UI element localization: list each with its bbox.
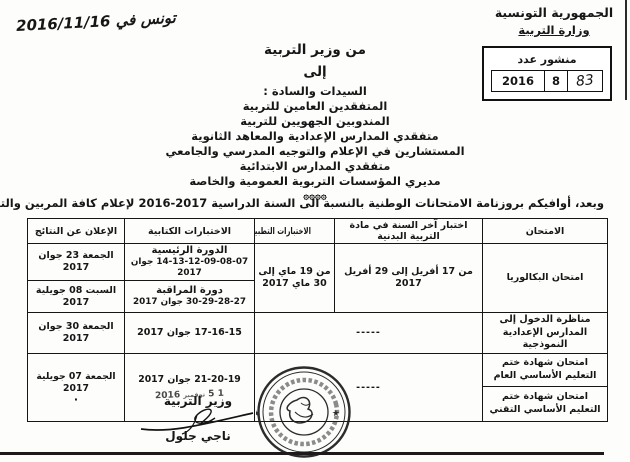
signatory-name: ناجي جلول bbox=[128, 429, 268, 443]
bac-written-main-cell: الدورة الرئيسية 14-13-12-09-08-07 جوان 2… bbox=[125, 244, 255, 281]
bac-exam-name: امتحان البكالوريا bbox=[483, 244, 608, 313]
recipient-secondary-inspectors: متفقدي المدارس الإعدادية والمعاهد الثانو… bbox=[40, 129, 590, 144]
bac-row-main: امتحان البكالوريا من 17 أفريل إلى 29 أفر… bbox=[28, 244, 608, 281]
bac-written-control-cell: دورة المراقبة 30-29-28-27 جوان 2017 bbox=[125, 281, 255, 313]
bac-main-session-dates: 14-13-12-09-08-07 جوان 2017 bbox=[127, 257, 252, 279]
bac-oral-dates: من 19 ماي إلى 30 ماي 2017 bbox=[255, 244, 335, 313]
handwritten-date: تونس في 2016/11/16 bbox=[16, 7, 207, 35]
concours-written-dates: 17-16-15 جوان 2017 bbox=[125, 313, 255, 354]
government-header: الجمهورية التونسية وزارة التربية bbox=[494, 5, 614, 37]
bac-pe-dates: من 17 أفريل إلى 29 أفريل 2017 bbox=[335, 244, 483, 313]
recipient-regional-delegates: المندوبين الجهويين للتربية bbox=[40, 114, 590, 129]
column-header-practical-oral: الاختبارات التطبيقية و الشفاهية bbox=[255, 219, 335, 244]
letter-from: من وزير التربية bbox=[40, 42, 590, 58]
ink-dot-mark: · bbox=[30, 395, 122, 404]
column-header-written: الاختبارات الكتابية bbox=[125, 219, 255, 244]
bac-control-results: السبت 08 جويلية 2017 bbox=[28, 281, 125, 313]
bac-main-session-label: الدورة الرئيسية bbox=[127, 245, 252, 257]
scanned-circular-page: تونس في 2016/11/16 الجمهورية التونسية وز… bbox=[0, 0, 630, 462]
column-header-results: الإعلان عن النتائج bbox=[28, 219, 125, 244]
basic-general-exam-name: امتحان شهادة ختم التعليم الأساسي العام bbox=[483, 353, 608, 386]
column-header-physical-education: اختبار آخر السنة في مادة التربية البدنية bbox=[335, 219, 483, 244]
signature-block: وزير التربية ناجي جلول bbox=[128, 394, 268, 443]
basic-written-dates: 21-20-19 جوان 2017 bbox=[127, 374, 252, 386]
column-header-exam: الامتحان bbox=[483, 219, 608, 244]
basic-technical-exam-name: امتحان شهادة ختم التعليم الأساسي التقني bbox=[483, 386, 608, 421]
recipient-general-inspectors: المتفقدين العامين للتربية bbox=[40, 99, 590, 114]
basic-results-cell: الجمعة 07 جويلية 2017 · bbox=[28, 353, 125, 421]
concours-results: الجمعة 30 جوان 2017 bbox=[28, 313, 125, 354]
salutation: السيدات والسادة : bbox=[40, 84, 590, 99]
letter-to: إلى bbox=[40, 64, 590, 80]
recipient-primary-inspectors: متفقدي المدارس الابتدائية bbox=[40, 159, 590, 174]
bac-main-results: الجمعة 23 جوان 2017 bbox=[28, 244, 125, 281]
concours-exam-name: مناظرة الدخول إلى المدارس الإعدادية النم… bbox=[483, 313, 608, 354]
bac-control-session-dates: 30-29-28-27 جوان 2017 bbox=[127, 297, 252, 308]
basic-results: الجمعة 07 جويلية 2017 bbox=[30, 371, 122, 395]
bac-control-session-label: دورة المراقبة bbox=[127, 285, 252, 297]
column-header-practical-oral-label: الاختبارات التطبيقية و الشفاهية bbox=[255, 226, 312, 237]
ministry-title: وزارة التربية bbox=[494, 23, 614, 37]
table-header-row: الامتحان اختبار آخر السنة في مادة التربي… bbox=[28, 219, 608, 244]
concours-row: مناظرة الدخول إلى المدارس الإعدادية النم… bbox=[28, 313, 608, 354]
intro-paragraph: وبعد، أوافيكم بروزنامة الامتحانات الوطني… bbox=[20, 196, 604, 210]
ministry-seal-stamp: ★ ★ bbox=[256, 365, 353, 460]
page-right-edge-line bbox=[625, 0, 627, 100]
stamp-star-right: ★ bbox=[332, 409, 340, 419]
concours-empty-cell: ----- bbox=[255, 313, 483, 354]
recipient-guidance-counselors: المستشارين في الإعلام والتوجيه المدرسي و… bbox=[40, 144, 590, 159]
letter-head: من وزير التربية إلى السيدات والسادة : ال… bbox=[40, 42, 590, 202]
republic-title: الجمهورية التونسية bbox=[494, 5, 614, 20]
recipient-school-directors: مديري المؤسسات التربوية العمومية والخاصة bbox=[40, 174, 590, 189]
stamp-star-left: ★ bbox=[256, 409, 260, 419]
